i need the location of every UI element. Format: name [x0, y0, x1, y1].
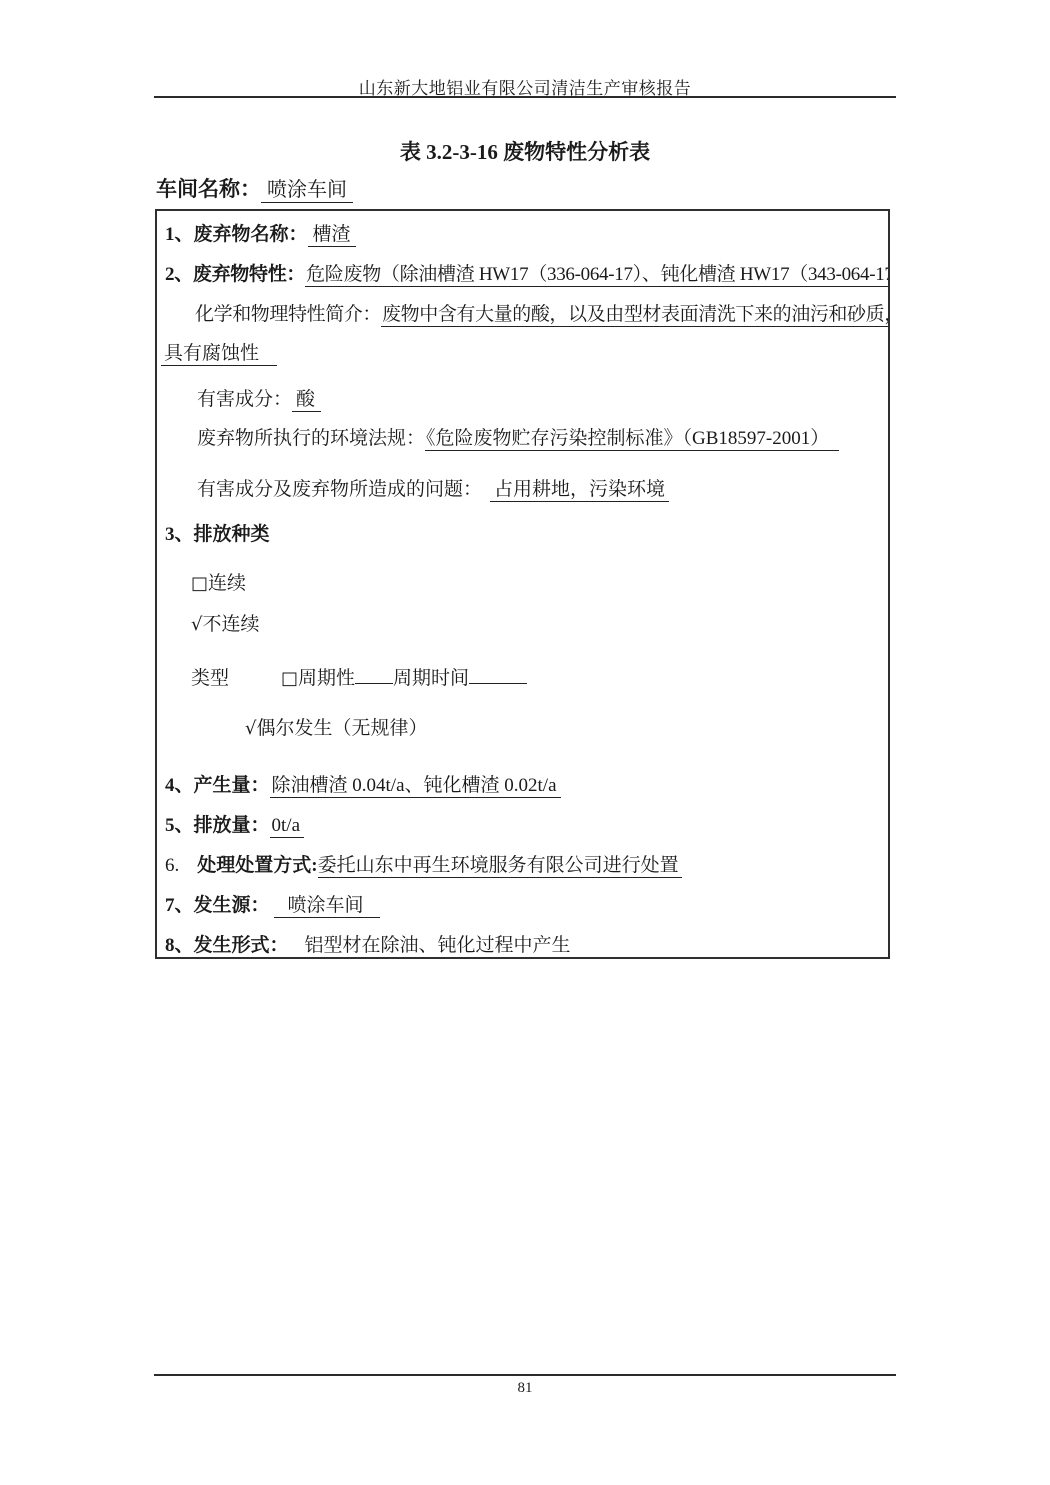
environmental-regulation-label: 废弃物所执行的环境法规：: [197, 428, 425, 449]
page-number: 81: [0, 1380, 1050, 1397]
periodic-blank-line: [355, 663, 393, 684]
caused-problems-value: 占用耕地，污染环境: [490, 479, 669, 502]
treatment-disposal-number: 6.: [165, 855, 179, 876]
option-periodic-label: 周期性: [298, 668, 355, 689]
checkmark-icon: √: [245, 718, 256, 739]
generation-source-label: 7、发生源：: [165, 895, 270, 916]
generation-form-value: 铝型材在除油、钝化过程中产生: [293, 935, 593, 958]
workshop-name-value: 喷涂车间: [261, 179, 353, 203]
field-waste-name: 1、废弃物名称：槽渣: [157, 221, 888, 249]
generation-source-value: 喷涂车间: [274, 895, 380, 918]
period-time-blank-line: [469, 663, 527, 684]
waste-property-value: 危险废物（除油槽渣 HW17（336-064-17）、钝化槽渣 HW17（343…: [305, 264, 890, 287]
header-divider: [154, 96, 896, 98]
treatment-disposal-value: 委托山东中再生环境服务有限公司进行处置: [318, 855, 682, 878]
field-chemical-physical-intro: 化学和物理特性简介：废物中含有大量的酸，以及由型材表面清洗下来的油污和砂质，: [157, 301, 888, 329]
chemical-physical-intro-value-cont: 具有腐蚀性: [161, 343, 277, 366]
chemical-physical-intro-value: 废物中含有大量的酸，以及由型材表面清洗下来的油污和砂质，: [381, 304, 890, 327]
field-harmful-component: 有害成分：酸: [157, 386, 888, 414]
emission-amount-value: 0t/a: [270, 815, 305, 838]
field-emission-pattern-type: 类型□周期性周期时间: [157, 663, 888, 693]
generation-form-label: 8、发生形式：: [165, 935, 289, 956]
treatment-disposal-label: 处理处置方式:: [197, 855, 317, 876]
harmful-component-value: 酸: [292, 389, 321, 412]
field-generation-form: 8、发生形式：铝型材在除油、钝化过程中产生: [157, 932, 888, 959]
option-continuous-label: 连续: [208, 573, 246, 594]
option-occasional: √偶尔发生（无规律）: [157, 715, 888, 743]
checkmark-icon: √: [191, 614, 202, 635]
waste-name-label: 1、废弃物名称：: [165, 224, 308, 245]
generation-amount-value: 除油槽渣 0.04t/a、钝化槽渣 0.02t/a: [270, 775, 561, 798]
pattern-type-label: 类型: [191, 668, 229, 689]
checkbox-unchecked-icon: □: [191, 573, 208, 594]
waste-property-label: 2、废弃物特性：: [165, 264, 305, 285]
field-caused-problems: 有害成分及废弃物所造成的问题：占用耕地，污染环境: [157, 476, 888, 504]
document-page: 山东新大地铝业有限公司清洁生产审核报告 表 3.2-3-16 废物特性分析表 车…: [0, 0, 1050, 1485]
waste-characteristics-form: 1、废弃物名称：槽渣 2、废弃物特性：危险废物（除油槽渣 HW17（336-06…: [155, 209, 890, 959]
harmful-component-label: 有害成分：: [197, 389, 292, 410]
waste-name-value: 槽渣: [308, 224, 356, 247]
caused-problems-label: 有害成分及废弃物所造成的问题：: [197, 479, 482, 500]
footer-divider: [154, 1374, 896, 1376]
field-waste-property: 2、废弃物特性：危险废物（除油槽渣 HW17（336-064-17）、钝化槽渣 …: [157, 261, 888, 289]
table-title: 表 3.2-3-16 废物特性分析表: [155, 136, 895, 166]
chemical-physical-intro-label: 化学和物理特性简介：: [195, 304, 381, 325]
checkbox-unchecked-icon: □: [281, 668, 298, 689]
emission-type-label: 3、排放种类: [165, 524, 270, 545]
period-time-label: 周期时间: [393, 668, 469, 689]
field-emission-amount: 5、排放量：0t/a: [157, 812, 888, 840]
workshop-name-label: 车间名称：: [156, 177, 261, 201]
option-continuous: □连续: [157, 570, 888, 598]
field-emission-type-heading: 3、排放种类: [157, 521, 888, 549]
emission-amount-label: 5、排放量：: [165, 815, 270, 836]
field-generation-amount: 4、产生量：除油槽渣 0.04t/a、钝化槽渣 0.02t/a: [157, 772, 888, 800]
field-chemical-physical-intro-continued: 具有腐蚀性: [157, 340, 888, 368]
option-occasional-label: 偶尔发生（无规律）: [256, 718, 427, 739]
workshop-name-line: 车间名称：喷涂车间: [156, 173, 353, 203]
environmental-regulation-value: 《危险废物贮存污染控制标准》（GB18597-2001）: [425, 428, 839, 451]
option-discontinuous: √不连续: [157, 611, 888, 639]
field-generation-source: 7、发生源：喷涂车间: [157, 892, 888, 920]
field-environmental-regulation: 废弃物所执行的环境法规：《危险废物贮存污染控制标准》（GB18597-2001）: [157, 425, 888, 453]
generation-amount-label: 4、产生量：: [165, 775, 270, 796]
option-discontinuous-label: 不连续: [202, 614, 259, 635]
field-treatment-disposal: 6.处理处置方式:委托山东中再生环境服务有限公司进行处置: [157, 852, 888, 880]
